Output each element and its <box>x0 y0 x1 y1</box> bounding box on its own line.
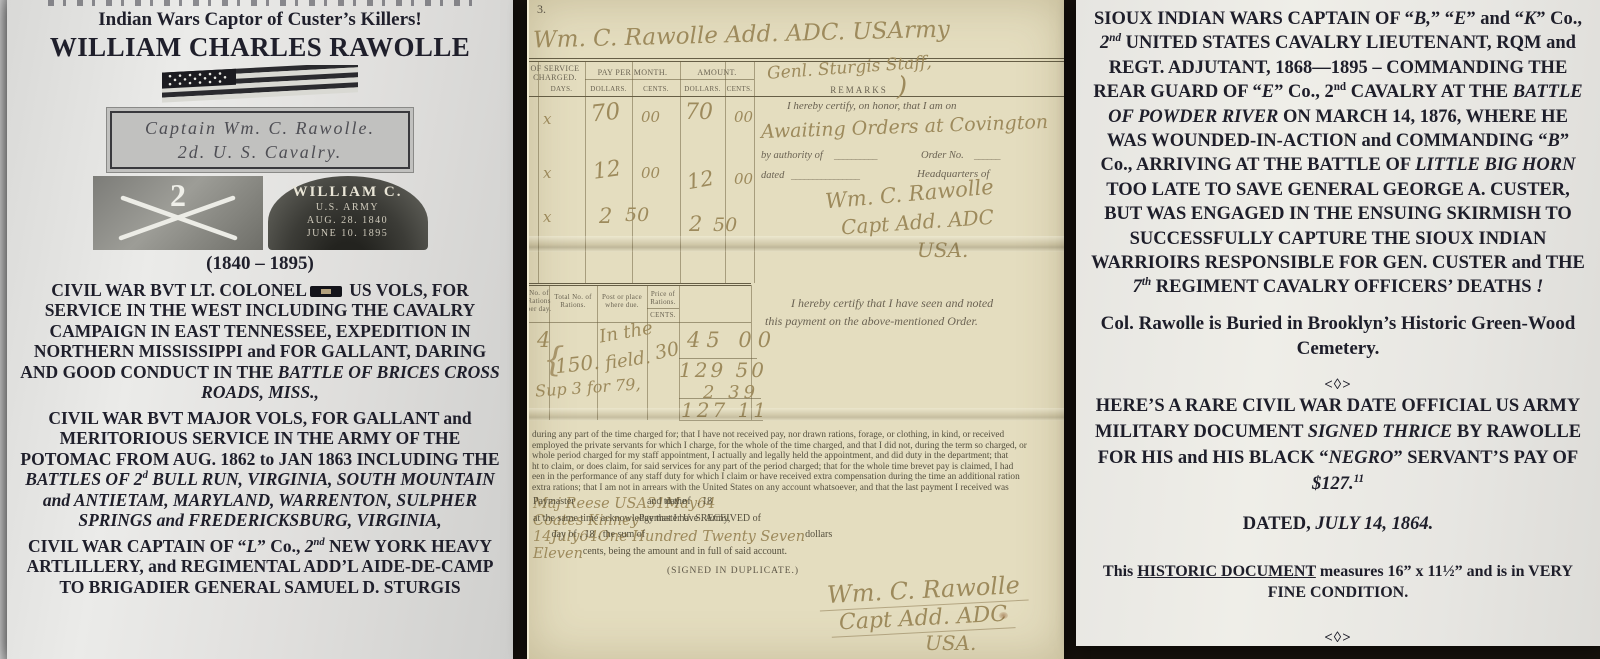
paper-stain <box>999 612 1008 619</box>
certify2-line2: this payment on the above-mentioned Orde… <box>765 314 978 329</box>
order-no-label: Order No. <box>921 150 964 161</box>
plaque-line-1: Captain Wm. C. Rawolle. <box>107 118 413 139</box>
signature-3: USA. <box>917 238 968 262</box>
form-line-paymaster: Paymaster Maj Reese USA and to the 31 da… <box>533 496 716 512</box>
rations-col4-header2: Rations. <box>647 298 679 306</box>
amount-dollars: 2 <box>689 212 702 236</box>
subcol-days: DAYS. <box>538 85 585 93</box>
col-remarks-header: REMARKS <box>819 86 899 95</box>
regiment-number: 2 <box>170 177 186 213</box>
blank-rule: ________________ <box>791 170 859 181</box>
paragraph-sioux-wars: SIOUX INDIAN WARS CAPTAIN OF “B,” “E” an… <box>1089 7 1587 300</box>
subcol-dollars-2: DOLLARS. <box>680 85 725 93</box>
photo-left-edge <box>0 0 7 659</box>
crossed-sabers-photo: 2 <box>93 176 263 250</box>
col-pay-header: PAY PER MONTH. <box>585 68 680 77</box>
left-info-sheet: Indian Wars Captor of Custer’s Killers! … <box>7 0 513 659</box>
ornament-divider: <◊> <box>1089 377 1587 394</box>
pay-cents: 50 <box>625 204 649 226</box>
row-mark: x <box>543 164 551 182</box>
burial-note: Col. Rawolle is Buried in Brooklyn’s His… <box>1089 312 1587 361</box>
paragraph-text: CIVIL WAR BVT LT. COLONEL <box>51 280 307 300</box>
paragraph-captain-ny-artillery: CIVIL WAR CAPTAIN OF “L” Co., 2nd NEW YO… <box>15 536 505 597</box>
signed-in-duplicate-label: (SIGNED IN DUPLICATE.) <box>667 566 799 576</box>
certify-handwritten: Awaiting Orders at Covington <box>761 111 1049 143</box>
headline: Indian Wars Captor of Custer’s Killers! <box>7 9 513 31</box>
blank-rule: __________ <box>834 150 877 161</box>
header-script-signature: Wm. C. Rawolle Add. ADC. USArmy <box>533 17 950 54</box>
amount-dollars: 70 <box>685 100 713 125</box>
tombstone-photo: WILLIAM C. U.S. ARMY AUG. 28. 1840 JUNE … <box>268 176 428 250</box>
subcol-cents-1: CENTS. <box>632 85 680 93</box>
pay-dollars: 12 <box>591 156 622 185</box>
page-number: 3. <box>537 2 546 17</box>
name-plaque-image: Captain Wm. C. Rawolle. 2d. U. S. Cavalr… <box>106 107 414 173</box>
col-service-header2: CHARGED. <box>527 73 585 82</box>
life-years: (1840 – 1895) <box>7 253 513 275</box>
form-line-sum: 14 day of July , 1864 , the sum of One H… <box>533 529 805 545</box>
col-amount-header: AMOUNT. <box>680 68 754 77</box>
remarks-paren-handwriting: ) <box>897 72 907 102</box>
rations-col3-header: Post or place <box>597 293 647 301</box>
plaque-line-2: 2d. U. S. Cavalry. <box>107 142 413 163</box>
pay-cents: 00 <box>641 108 660 126</box>
form-line-received-of: at the same time acknowledge that I have… <box>533 513 639 529</box>
paragraph-rare-document: HERE’S A RARE CIVIL WAR DATE OFFICIAL US… <box>1089 394 1587 498</box>
price-value: 30 <box>653 338 681 365</box>
tombstone-line-3: JUNE 10. 1895 <box>268 227 428 240</box>
rations-col4-header: Price of <box>647 290 679 298</box>
amount-cents: 50 <box>713 214 737 236</box>
dated-label: dated <box>761 170 784 181</box>
pay-cents: 00 <box>641 164 660 182</box>
form-line-cents: Eleven cents, being the amount and in fu… <box>533 546 583 562</box>
final-signature-3: USA. <box>925 631 976 655</box>
right-info-sheet: SIOUX INDIAN WARS CAPTAIN OF “B,” “E” an… <box>1076 0 1600 646</box>
total-rations-value: 150. <box>554 350 601 379</box>
blank-rule: ______ <box>974 150 1000 161</box>
fold-crease <box>529 408 1064 421</box>
american-flag-image <box>154 65 366 105</box>
amount-cents: 00 <box>734 108 753 126</box>
amount-total: 127 11 <box>681 398 769 422</box>
certify2-line1: I hereby certify that I have seen and no… <box>791 296 993 311</box>
cropped-text-remnant <box>37 0 482 6</box>
amount-cents: 00 <box>734 170 753 188</box>
pay-dollars: 70 <box>590 99 622 128</box>
amount-rations: 45 00 <box>687 328 777 352</box>
rations-col2-header: Total No. of <box>549 293 597 301</box>
measurement-condition-note: This HISTORIC DOCUMENT measures 16” x 11… <box>1089 561 1587 604</box>
authority-label: by authority of <box>761 150 823 161</box>
row-mark: x <box>543 110 551 128</box>
subject-name: WILLIAM CHARLES RAWOLLE <box>7 32 513 63</box>
tombstone-line-2: AUG. 28. 1840 <box>268 214 428 227</box>
tombstone-line-1: U.S. ARMY <box>268 201 428 214</box>
staff-note-handwriting: Genl. Sturgis Staff, <box>767 52 933 83</box>
row-mark: x <box>543 208 551 226</box>
ornament-divider-bottom: <◊> <box>1089 630 1587 646</box>
col-service-header: OF SERVICE <box>527 64 585 73</box>
subcol-cents-2: CENTS. <box>725 85 754 93</box>
subcol-dollars-1: DOLLARS. <box>585 85 632 93</box>
lt-colonel-shoulder-strap-icon <box>310 286 342 297</box>
fold-crease <box>529 236 1064 252</box>
rations-col3-header2: where due. <box>597 301 647 309</box>
certify-printed-lead: I hereby certify, on honor, that I am on <box>787 100 956 112</box>
dated-line: DATED, JULY 14, 1864. <box>1089 514 1587 535</box>
rations-col4-sub: CENTS. <box>647 311 679 319</box>
photo-pair: 2 WILLIAM C. U.S. ARMY AUG. 28. 1840 JUN… <box>7 176 513 250</box>
place-due-line2: field. <box>604 347 652 374</box>
amount-subtotal: 129 50 <box>679 358 767 382</box>
paragraph-bvt-major: CIVIL WAR BVT MAJOR VOLS, FOR GALLANT an… <box>15 408 505 531</box>
tombstone-name: WILLIAM C. <box>268 176 428 201</box>
amount-dollars: 12 <box>685 166 715 194</box>
fine-print-paragraph: during any part of the time charged for;… <box>532 430 1060 494</box>
pay-voucher-document: 3. Wm. C. Rawolle Add. ADC. USArmy OF SE… <box>527 0 1064 659</box>
pay-dollars: 2 <box>599 204 612 228</box>
paragraph-bvt-lt-colonel: CIVIL WAR BVT LT. COLONEL US VOLS, FOR S… <box>15 280 505 403</box>
rations-col2-header2: Rations. <box>549 301 597 309</box>
